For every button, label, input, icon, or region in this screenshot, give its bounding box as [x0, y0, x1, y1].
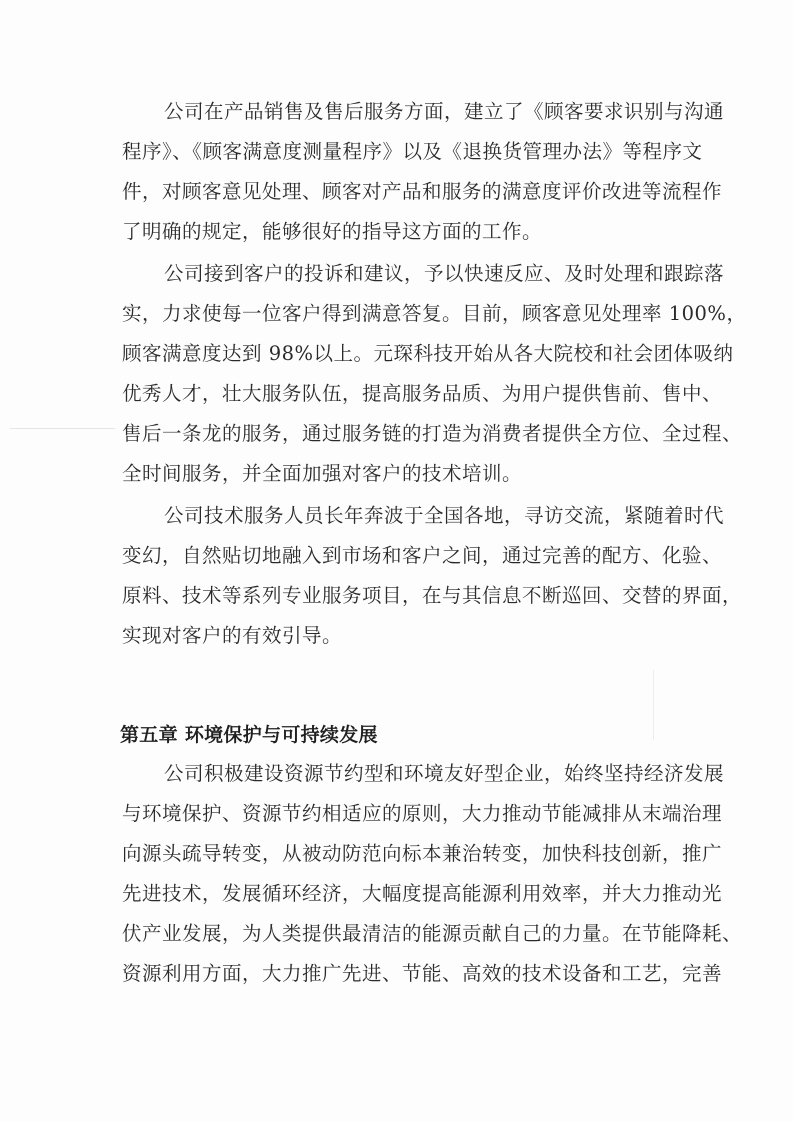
paragraph-2-line-2: 实，力求使每一位客户得到满意答复。目前，顾客意见处理率 100%， [122, 302, 678, 326]
paragraph-3-line-2: 变幻，自然贴切地融入到市场和客户之间，通过完善的配方、化验、 [122, 544, 678, 568]
paragraph-3-line-4: 实现对客户的有效引导。 [122, 624, 678, 648]
chapter-paragraph-line-1: 公司积极建设资源节约型和环境友好型企业，始终坚持经济发展 [164, 762, 678, 786]
paragraph-2-line-1: 公司接到客户的投诉和建议，予以快速反应、及时处理和跟踪落 [164, 262, 678, 286]
paragraph-2-line-6: 全时间服务，并全面加强对客户的技术培训。 [122, 462, 678, 486]
chapter-paragraph-line-3: 向源头疏导转变，从被动防范向标本兼治转变，加快科技创新，推广 [122, 842, 678, 866]
paragraph-3-line-1: 公司技术服务人员长年奔波于全国各地，寻访交流，紧随着时代 [164, 504, 678, 528]
document-page: 公司在产品销售及售后服务方面，建立了《顾客要求识别与沟通 程序》、《顾客满意度测… [0, 0, 793, 1121]
chapter-heading: 第五章 环境保护与可持续发展 [120, 720, 378, 747]
paragraph-2-line-5: 售后一条龙的服务，通过服务链的打造为消费者提供全方位、全过程、 [122, 422, 678, 446]
paragraph-1-line-2: 程序》、《顾客满意度测量程序》以及《退换货管理办法》等程序文 [122, 140, 678, 164]
paragraph-1-line-4: 了明确的规定，能够很好的指导这方面的工作。 [122, 220, 678, 244]
scan-artifact-right [653, 670, 654, 740]
chapter-paragraph-line-2: 与环境保护、资源节约相适应的原则，大力推动节能减排从末端治理 [122, 802, 678, 826]
paragraph-2-line-3: 顾客满意度达到 98%以上。元琛科技开始从各大院校和社会团体吸纳 [122, 342, 678, 366]
paragraph-2-line-4: 优秀人才，壮大服务队伍，提高服务品质、为用户提供售前、售中、 [122, 382, 678, 406]
paragraph-3-line-3: 原料、技术等系列专业服务项目，在与其信息不断巡回、交替的界面， [122, 584, 678, 608]
chapter-paragraph-line-5: 伏产业发展，为人类提供最清洁的能源贡献自己的力量。在节能降耗、 [122, 922, 678, 946]
chapter-paragraph-line-6: 资源利用方面，大力推广先进、节能、高效的技术设备和工艺，完善 [122, 962, 678, 986]
paragraph-1-line-3: 件，对顾客意见处理、顾客对产品和服务的满意度评价改进等流程作 [122, 180, 678, 204]
scan-artifact-left [10, 428, 115, 429]
paragraph-1-line-1: 公司在产品销售及售后服务方面，建立了《顾客要求识别与沟通 [164, 100, 678, 124]
chapter-paragraph-line-4: 先进技术，发展循环经济，大幅度提高能源利用效率，并大力推动光 [122, 882, 678, 906]
